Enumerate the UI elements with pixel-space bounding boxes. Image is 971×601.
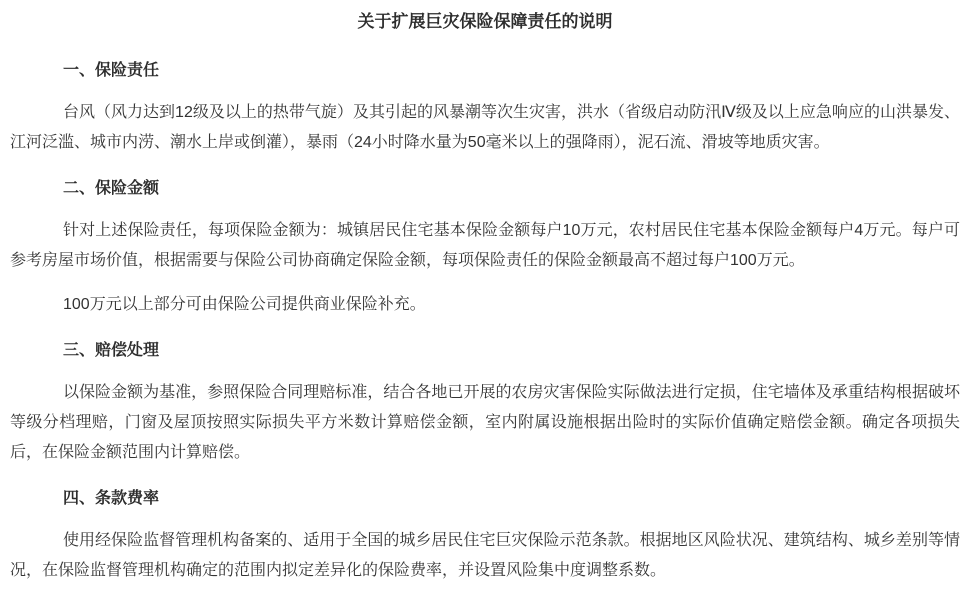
paragraph-insured-amount-2: 100万元以上部分可由保险公司提供商业保险补充。 [10,290,960,320]
paragraph-insured-amount-1: 针对上述保险责任，每项保险金额为：城镇居民住宅基本保险金额每户10万元，农村居民… [10,216,960,276]
paragraph-terms-and-rates: 使用经保险监督管理机构备案的、适用于全国的城乡居民住宅巨灾保险示范条款。根据地区… [10,526,960,586]
paragraph-claims-handling: 以保险金额为基准，参照保险合同理赔标准，结合各地已开展的农房灾害保险实际做法进行… [10,378,960,468]
section-heading-insurance-liability: 一、保险责任 [10,56,960,86]
document-page: 关于扩展巨灾保险保障责任的说明 一、保险责任 台风（风力达到12级及以上的热带气… [0,7,971,586]
section-heading-terms-and-rates: 四、条款费率 [10,484,960,514]
section-heading-claims-handling: 三、赔偿处理 [10,336,960,366]
document-title: 关于扩展巨灾保险保障责任的说明 [10,7,960,37]
paragraph-insurance-liability: 台风（风力达到12级及以上的热带气旋）及其引起的风暴潮等次生灾害，洪水（省级启动… [10,98,960,158]
section-heading-insured-amount: 二、保险金额 [10,174,960,204]
